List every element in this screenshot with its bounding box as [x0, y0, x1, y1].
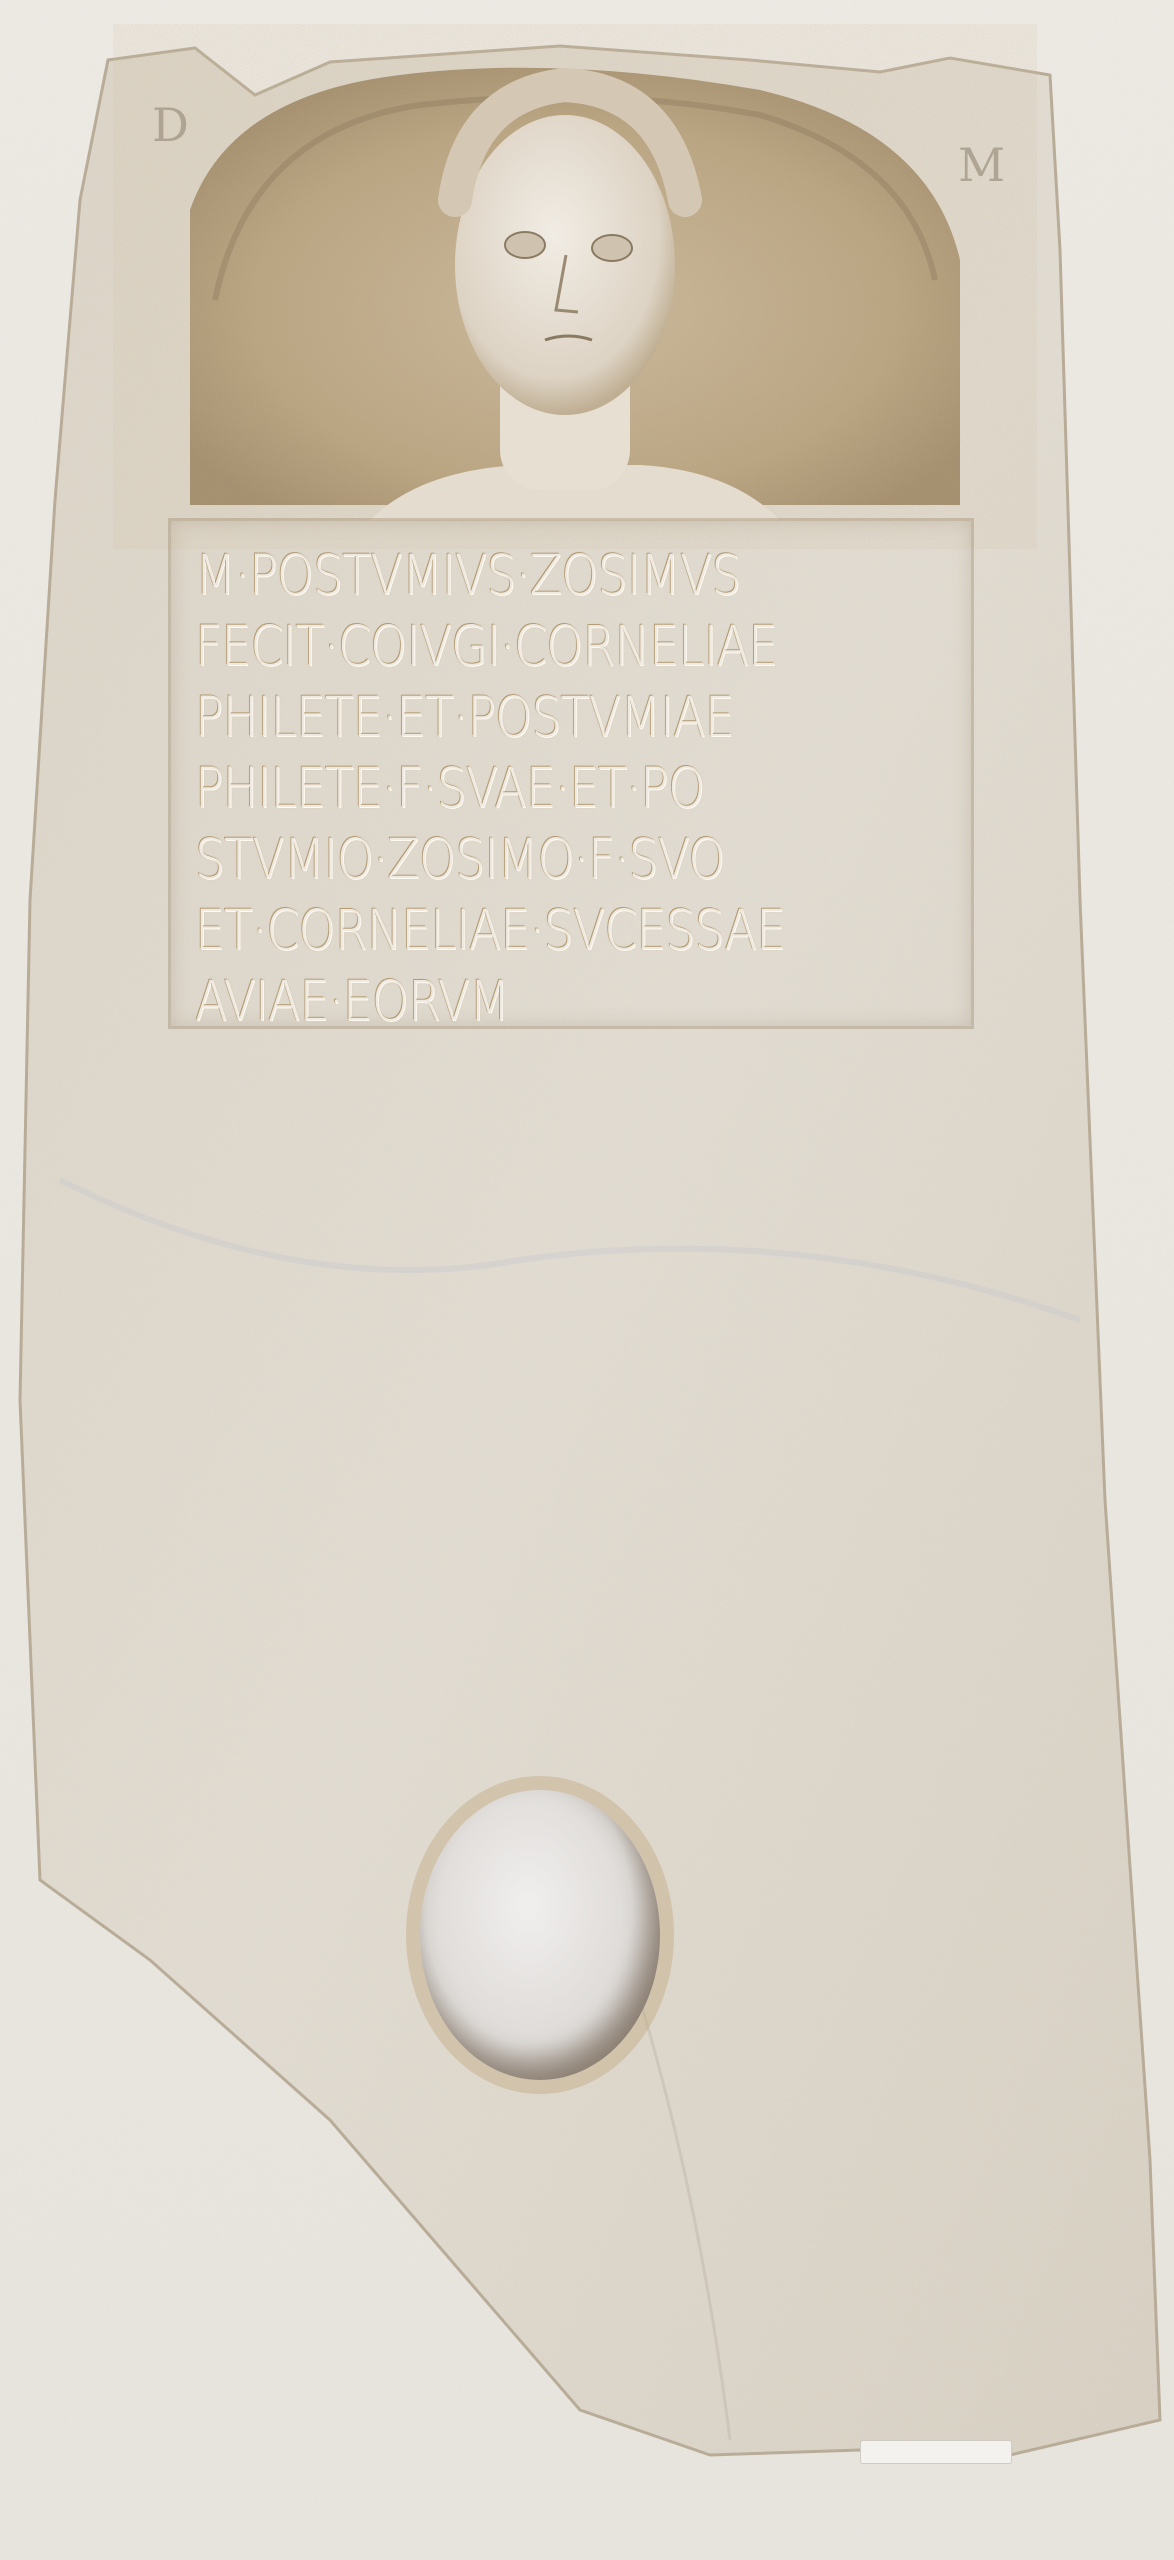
- inscription-line: PHILETE·F·SVAE·ET·PO: [195, 753, 857, 824]
- inscription-line: FECIT·COIVGI·CORNELIAE: [195, 611, 857, 682]
- corner-letter-m: M: [958, 138, 1005, 192]
- wall-mount-bracket: [860, 2440, 1012, 2464]
- bore-hole: [420, 1790, 660, 2080]
- corner-letter-d: D: [152, 98, 189, 152]
- inscription-line: AVIAE·EORVM: [195, 966, 857, 1037]
- inscription: M·POSTVMIVS·ZOSIMVS FECIT·COIVGI·CORNELI…: [195, 540, 965, 1037]
- inscription-line: M·POSTVMIVS·ZOSIMVS: [195, 540, 857, 611]
- stone-slab: [0, 0, 1174, 2560]
- inscription-line: ET·CORNELIAE·SVCESSAE: [195, 895, 857, 966]
- stele-photo: D M M·POSTVMIVS·ZOSIMVS FECIT·COIVGI·COR…: [0, 0, 1174, 2560]
- inscription-line: STVMIO·ZOSIMO·F·SVO: [195, 824, 857, 895]
- inscription-line: PHILETE·ET·POSTVMIAE: [195, 682, 857, 753]
